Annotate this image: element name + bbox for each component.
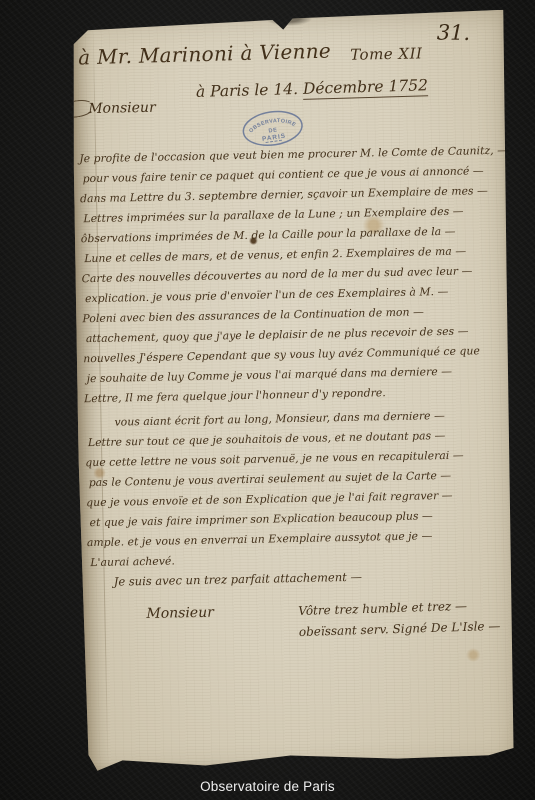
archival-photo-page: { "photo": { "caption": "Observatoire de… <box>0 0 535 800</box>
letter-paragraph-1: Je profite de l'occasion que veut bien m… <box>79 141 506 409</box>
letter-paragraph-2: vous aiant écrit fort au long, Monsieur,… <box>84 405 509 573</box>
dateline-place: à Paris le 14. <box>196 80 304 101</box>
salutation-text: Monsieur <box>88 99 156 116</box>
foxing-stain <box>465 648 481 661</box>
manuscript-letter-sheet: 31. à Mr. Marinoni à Vienne Tome XII à P… <box>68 10 519 777</box>
stamp-text-bottom: PARIS <box>262 133 287 143</box>
closing-line: Je suis avec un trez parfait attachement… <box>114 570 362 589</box>
closing-salutation: Monsieur <box>146 605 214 622</box>
salutation: Monsieur <box>60 99 156 118</box>
calligraphic-flourish-icon <box>59 98 95 120</box>
folio-number: 31. <box>437 20 471 44</box>
tome-label: Tome XII <box>350 44 423 63</box>
photo-caption: Observatoire de Paris <box>0 779 535 794</box>
signature-block: Vôtre trez humble et trez — obeïssant se… <box>298 595 501 643</box>
paper-tear-smudge <box>266 12 312 27</box>
dateline-date-underlined: Décembre 1752 <box>303 76 429 100</box>
dateline: à Paris le 14. Décembre 1752 <box>196 76 428 101</box>
